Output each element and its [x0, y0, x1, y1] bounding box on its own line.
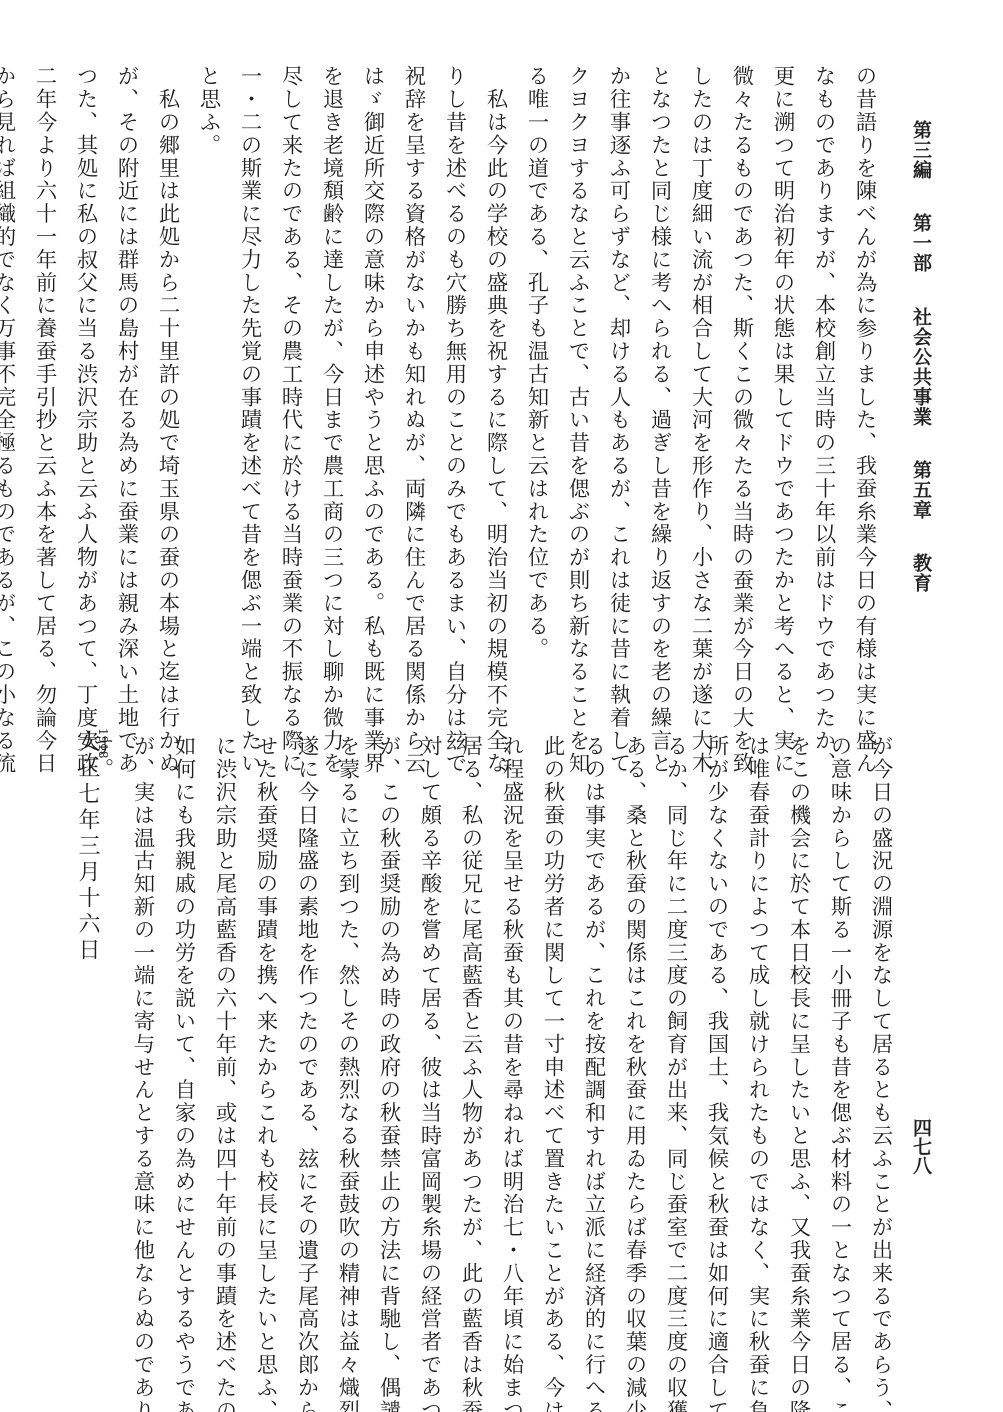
text-line: 如何にも我親戚の功労を説いて、自家の為めにせんとするやうである	[163, 735, 204, 1335]
date-line: 大正七年三月十六日	[72, 730, 103, 964]
text-line: が、実は温古知新の一端に寄与せんとする意味に他ならぬのでありま	[122, 735, 163, 1335]
text-line: をこの機会に於て本日校長に呈したいと思ふ、又我蚕糸業今日の隆盛	[778, 735, 819, 1335]
text-line: は唯春蚕計りによつて成し就けられたものではなく、実に秋蚕に負ふ	[737, 735, 778, 1335]
text-line: 二年今より六十一年前に養蚕手引抄と云ふ本を著して居る、勿論今日	[24, 65, 65, 665]
text-line: と思ふ。	[188, 65, 229, 665]
text-line: 遂に今日隆盛の素地を作つたのである、玆にその遺子尾高次郎から寄	[286, 735, 327, 1335]
header-chapter: 第五章	[908, 460, 935, 520]
header-topic: 教育	[908, 553, 935, 593]
page-number: 四七八	[908, 1118, 935, 1175]
text-line: となつたと同じ様に考へられる、過ぎし昔を繰り返すのを老の繰言と	[639, 65, 680, 665]
text-line: ある、桑と秋蚕の関係はこれを秋蚕に用ゐたらば春季の収葉の減少す	[614, 735, 655, 1335]
lower-text-block: が今日の盛況の淵源をなして居るとも云ふことが出来るであらう、此 の意味からして斯…	[81, 735, 901, 1335]
text-line: 祝辞を呈する資格がないかも知れぬが、両隣に住んで居る関係から云	[393, 65, 434, 665]
text-line: を退き老境頽齢に達したが、今日まで農工商の三つに対し聊か微力を	[311, 65, 352, 665]
text-line: の昔語りを陳べんが為に参りました、我蚕糸業今日の有様は実に盛ん	[844, 65, 885, 665]
text-line: 私の郷里は此処から二十里許の処で埼玉県の蚕の本場と迄は行かぬ	[147, 65, 188, 665]
text-line: る唯一の道である、孔子も温古知新と云はれた位である。	[516, 65, 557, 665]
text-line: 尽して来たのである、その農工時代に於ける当時蚕業の不振なる際に	[270, 65, 311, 665]
text-line: つた、其処に私の叔父に当る渋沢宗助と云ふ人物があつて、丁度安政	[65, 65, 106, 665]
upper-text-block: の昔語りを陳べんが為に参りました、我蚕糸業今日の有様は実に盛ん なものであります…	[0, 65, 885, 665]
text-line: 居る、私の従兄に尾高藍香と云ふ人物があつたが、此の藍香は秋蚕に	[450, 735, 491, 1335]
text-line: なものでありますが、本校創立当時の三十年以前はドウであつたか、	[803, 65, 844, 665]
header-part: 第三編	[908, 120, 935, 180]
text-line: 一・二の斯業に尽力した先覚の事蹟を述べて昔を偲ぶ一端と致したい	[229, 65, 270, 665]
text-line: したのは丁度細い流が相合して大河を形作り、小さな二葉が遂に大木	[680, 65, 721, 665]
text-line: から見れば組織的でなく万事不完全極るものであるが、この小なる流	[0, 65, 24, 665]
text-line: を蒙るに立ち到つた、然しその熱烈なる秋蚕鼓吹の精神は益々熾烈で	[327, 735, 368, 1335]
text-line: が今日の盛況の淵源をなして居るとも云ふことが出来るであらう、此	[860, 735, 901, 1335]
text-line: に渋沢宗助と尾高藍香の六十年前、或は四十年前の事蹟を述べたのは	[204, 735, 245, 1335]
text-line: 更に溯つて明治初年の状態は果してドウであつたかと考へると、実に	[762, 65, 803, 665]
text-line: 此の秋蚕の功労者に関して一寸申述べて置きたいことがある、今はあ	[532, 735, 573, 1335]
running-header: 第三編 第一部 社会公共事業 第五章 教育	[908, 120, 935, 593]
text-line: せた秋蚕奨励の事蹟を携へ来たからこれも校長に呈したいと思ふ、玆	[245, 735, 286, 1335]
text-line: が、この秋蚕奨励の為め時の政府の秋蚕禁止の方法に背馳し、偶譴責	[368, 735, 409, 1335]
text-line: るのは事実であるが、これを按配調和すれば立派に経済的に行へる、	[573, 735, 614, 1335]
text-line: れ程盛況を呈せる秋蚕も其の昔を尋ねれば明治七・八年頃に始まつて	[491, 735, 532, 1335]
text-line: か往事逐ふ可らずなど、却ける人もあるが、これは徒に昔に執着して	[598, 65, 639, 665]
header-subject: 社会公共事業	[908, 307, 935, 427]
text-line: の意味からして斯る一小冊子も昔を偲ぶ材料の一となつて居る、これ	[819, 735, 860, 1335]
text-line: 微々たるものであつた、斯くこの微々たる当時の蚕業が今日の大を致	[721, 65, 762, 665]
text-line: りし昔を述べるのも穴勝ち無用のことのみでもあるまい、自分は玆で	[434, 65, 475, 665]
text-line: 所が少なくないのである、我国土、我気候と秋蚕は如何に適合して居	[696, 735, 737, 1335]
text-line: 対して頗る辛酸を嘗めて居る、彼は当時富岡製糸場の経営者であつた	[409, 735, 450, 1335]
text-line: クヨクヨするなと云ふことで、古い昔を偲ぶのが則ち新なることを知	[557, 65, 598, 665]
header-section: 第一部	[908, 213, 935, 273]
text-line: 私は今此の学校の盛典を祝するに際して、明治当初の規模不完全な	[475, 65, 516, 665]
text-line: が、その附近には群馬の島村が在る為めに蚕業には親み深い土地であ	[106, 65, 147, 665]
text-line: はゞ御近所交際の意味から申述やうと思ふのである。私も既に事業界	[352, 65, 393, 665]
text-line: るか、同じ年に二度三度の飼育が出来、同じ蚕室で二度三度の収獲が	[655, 735, 696, 1335]
